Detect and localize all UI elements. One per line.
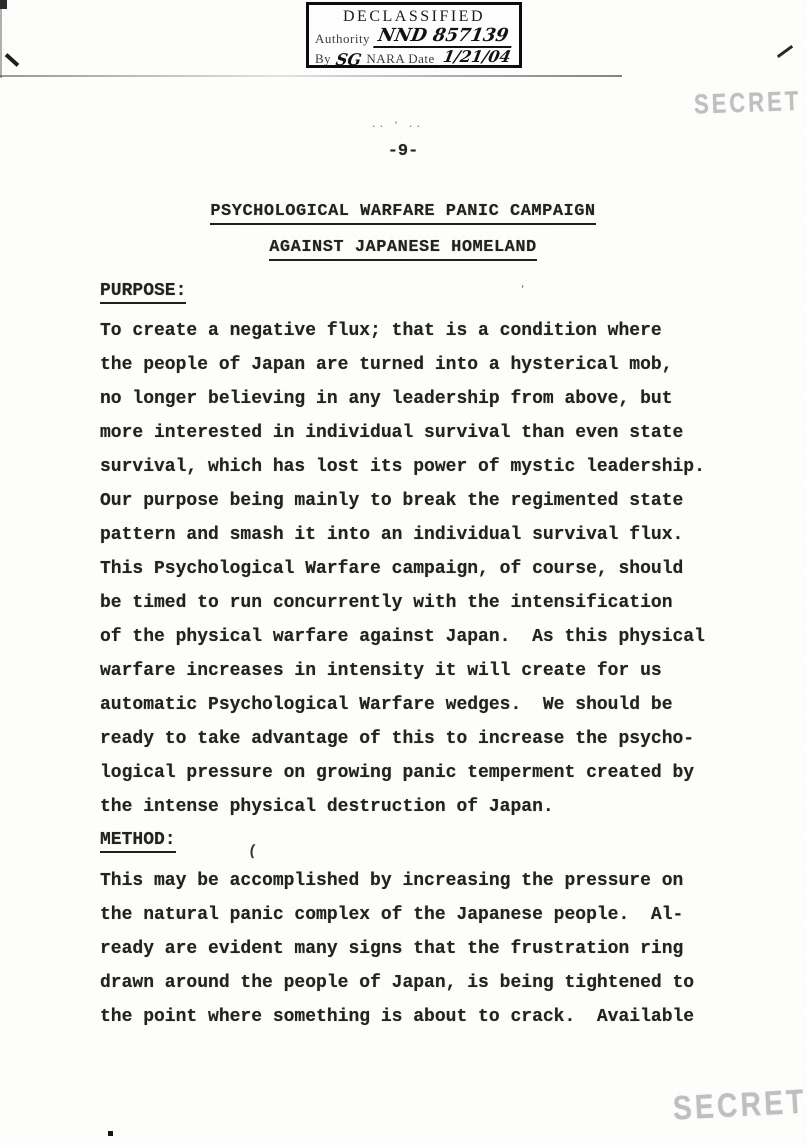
corner-mark-top-left: [5, 53, 20, 67]
body-line: logical pressure on growing panic temper…: [100, 756, 705, 790]
body-line: ready are evident many signs that the fr…: [100, 932, 694, 966]
body-line: no longer believing in any leadership fr…: [100, 382, 705, 416]
body-line: ready to take advantage of this to incre…: [100, 722, 705, 756]
page-number: -9-: [0, 142, 806, 161]
by-label: By: [315, 51, 331, 68]
body-line: This Psychological Warfare campaign, of …: [100, 552, 705, 586]
date-value-handwritten: 1/21/04: [438, 49, 517, 68]
method-paragraph: This may be accomplished by increasing t…: [100, 864, 694, 1034]
document-title-line2: AGAINST JAPANESE HOMELAND: [0, 238, 806, 257]
secret-stamp-bottom: SECRET: [672, 1083, 806, 1129]
authority-value-handwritten: NND 857139: [373, 27, 515, 48]
scan-fold-line: [0, 75, 622, 77]
purpose-heading: PURPOSE:: [100, 281, 186, 301]
nara-date-row: By SG NARA Date 1/21/04: [315, 49, 513, 68]
declassified-stamp-box: DECLASSIFIED Authority NND 857139 By SG …: [306, 2, 522, 68]
secret-stamp-top: SECRET: [693, 85, 801, 121]
body-line: the natural panic complex of the Japanes…: [100, 898, 694, 932]
body-line: survival, which has lost its power of my…: [100, 450, 705, 484]
body-line: To create a negative flux; that is a con…: [100, 314, 705, 348]
by-initials-handwritten: SG: [335, 52, 363, 68]
faint-pencil-marks: ·· ʹ ··: [372, 120, 424, 133]
body-line: more interested in individual survival t…: [100, 416, 705, 450]
method-heading: METHOD:: [100, 830, 176, 850]
ink-speck: [108, 1131, 113, 1136]
body-line: automatic Psychological Warfare wedges. …: [100, 688, 705, 722]
body-line: pattern and smash it into an individual …: [100, 518, 705, 552]
body-line: the people of Japan are turned into a hy…: [100, 348, 705, 382]
scan-edge-shadow: [0, 0, 2, 78]
body-line: This may be accomplished by increasing t…: [100, 864, 694, 898]
authority-label: Authority: [315, 31, 370, 48]
declassified-title: DECLASSIFIED: [315, 8, 513, 26]
body-line: of the physical warfare against Japan. A…: [100, 620, 705, 654]
body-line: warfare increases in intensity it will c…: [100, 654, 705, 688]
body-line: drawn around the people of Japan, is bei…: [100, 966, 694, 1000]
document-title-line1: PSYCHOLOGICAL WARFARE PANIC CAMPAIGN: [0, 202, 806, 221]
body-line: be timed to run concurrently with the in…: [100, 586, 705, 620]
corner-blob-top-left: [0, 0, 7, 9]
stray-paren-mark: (: [247, 843, 258, 861]
body-line: Our purpose being mainly to break the re…: [100, 484, 705, 518]
stray-tick-mark: ʼ: [519, 284, 526, 298]
body-line: the point where something is about to cr…: [100, 1000, 694, 1034]
authority-row: Authority NND 857139: [315, 27, 513, 48]
nara-date-label: NARA Date: [366, 51, 434, 68]
corner-mark-top-right: [777, 45, 793, 58]
document-page: DECLASSIFIED Authority NND 857139 By SG …: [0, 0, 806, 1145]
body-line: the intense physical destruction of Japa…: [100, 790, 705, 824]
purpose-paragraph: To create a negative flux; that is a con…: [100, 314, 705, 824]
